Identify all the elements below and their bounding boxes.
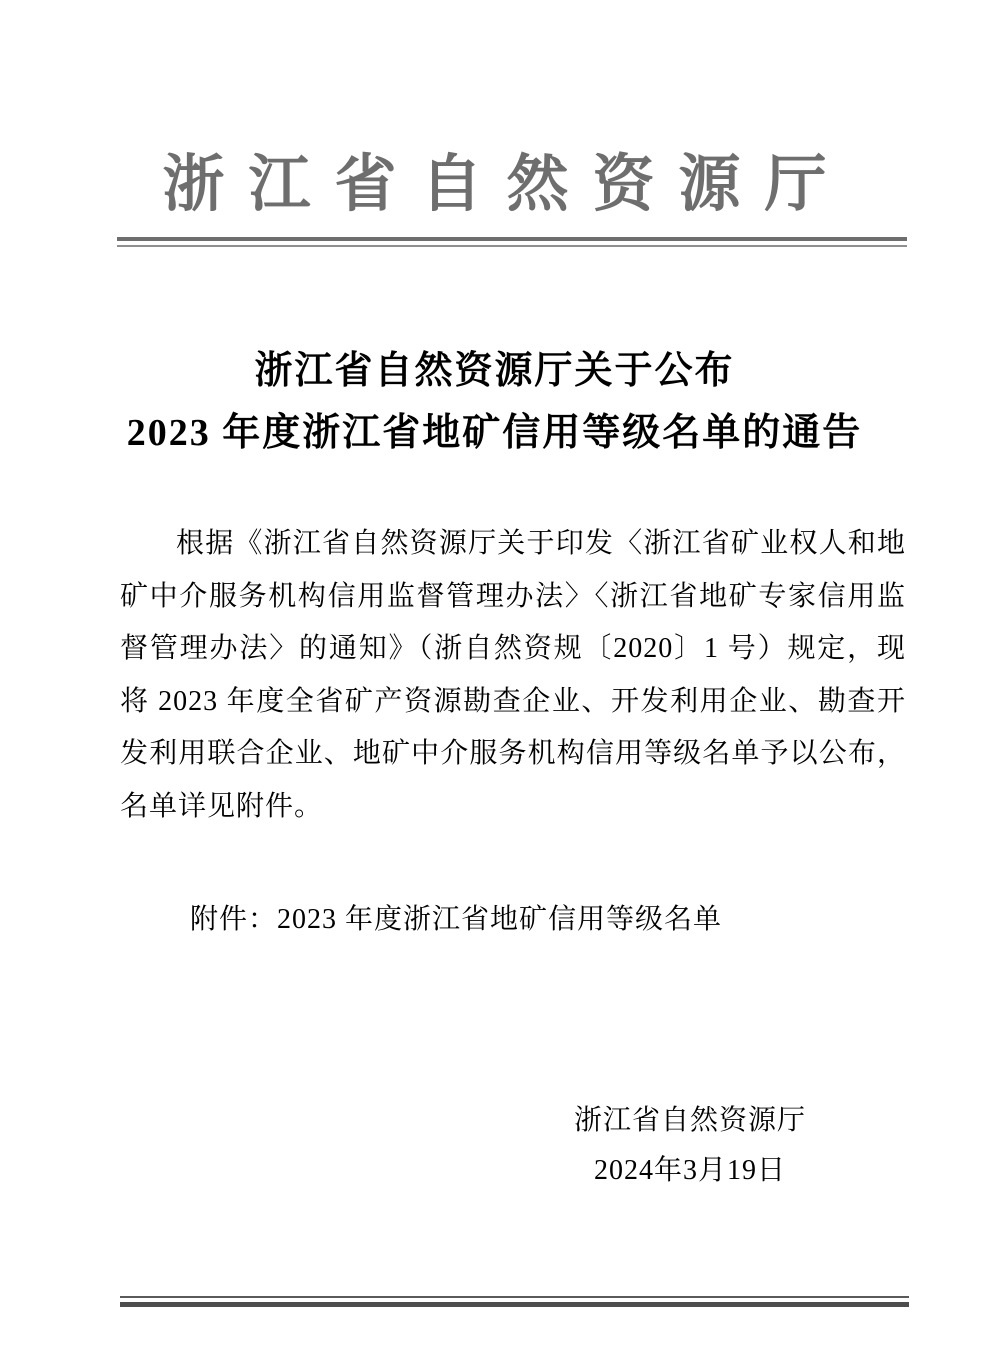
notice-title-line-1: 浙江省自然资源厅关于公布 [0, 340, 989, 402]
notice-title-line-2: 2023 年度浙江省地矿信用等级名单的通告 [0, 402, 989, 464]
header-divider [117, 237, 907, 249]
header-divider-thick-line [117, 237, 907, 241]
footer-divider [120, 1296, 909, 1308]
footer-divider-thin-line [120, 1296, 909, 1298]
signature-block: 浙江省自然资源厅 2024年3月19日 [455, 1096, 925, 1196]
attachment-line: 附件：2023 年度浙江省地矿信用等级名单 [120, 894, 906, 946]
issue-date: 2024年3月19日 [455, 1146, 925, 1196]
notice-body: 根据《浙江省自然资源厅关于印发〈浙江省矿业权人和地矿中介服务机构信用监督管理办法… [120, 518, 906, 833]
notice-title: 浙江省自然资源厅关于公布 2023 年度浙江省地矿信用等级名单的通告 [0, 340, 989, 464]
signer-agency-name: 浙江省自然资源厅 [455, 1096, 925, 1146]
header-divider-thin-line [117, 245, 907, 247]
notice-body-paragraph: 根据《浙江省自然资源厅关于印发〈浙江省矿业权人和地矿中介服务机构信用监督管理办法… [120, 518, 906, 833]
official-notice-page: 浙江省自然资源厅 浙江省自然资源厅关于公布 2023 年度浙江省地矿信用等级名单… [0, 0, 989, 1352]
agency-letterhead: 浙江省自然资源厅 [0, 146, 989, 224]
footer-divider-thick-line [120, 1302, 909, 1307]
